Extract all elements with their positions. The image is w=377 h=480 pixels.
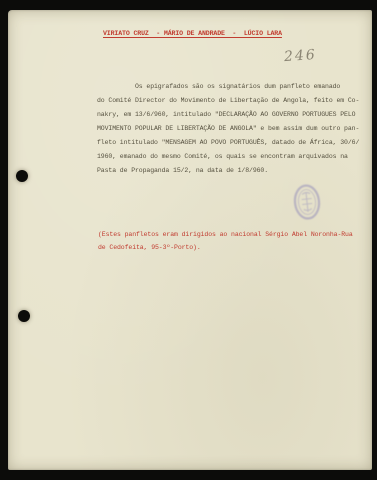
body-line: 1960, emanado do mesmo Comité, os quais … [97, 150, 369, 164]
paper-sheet: VIRIATO CRUZ - MÁRIO DE ANDRADE - LÚCIO … [8, 10, 372, 470]
red-annotation: (Estes panfletos eram dirigidos ao nacio… [98, 229, 370, 254]
body-line: Os epigrafados são os signatários dum pa… [97, 80, 369, 94]
note-line: de Cedofeita, 95-3º-Porto). [98, 242, 370, 255]
body-line: fleto intitulado "MENSAGEM AO POVO PORTU… [97, 136, 369, 150]
body-paragraph: Os epigrafados são os signatários dum pa… [97, 80, 369, 178]
body-line: nakry, em 13/6/960, intitulado "DECLARAÇ… [97, 108, 369, 122]
punch-hole-top [16, 170, 28, 182]
punch-hole-bottom [18, 310, 30, 322]
body-line: do Comité Director do Movimento de Liber… [97, 94, 369, 108]
body-line: Pasta de Propaganda 15/2, na data de 1/8… [97, 164, 369, 178]
document-title: VIRIATO CRUZ - MÁRIO DE ANDRADE - LÚCIO … [103, 30, 282, 37]
oval-archive-stamp-icon [287, 178, 327, 226]
scanned-page: VIRIATO CRUZ - MÁRIO DE ANDRADE - LÚCIO … [0, 0, 377, 480]
note-line: (Estes panfletos eram dirigidos ao nacio… [98, 229, 370, 242]
page-number: 246 [283, 47, 317, 65]
body-line: MOVIMENTO POPULAR DE LIBERTAÇÃO DE ANGOL… [97, 122, 369, 136]
